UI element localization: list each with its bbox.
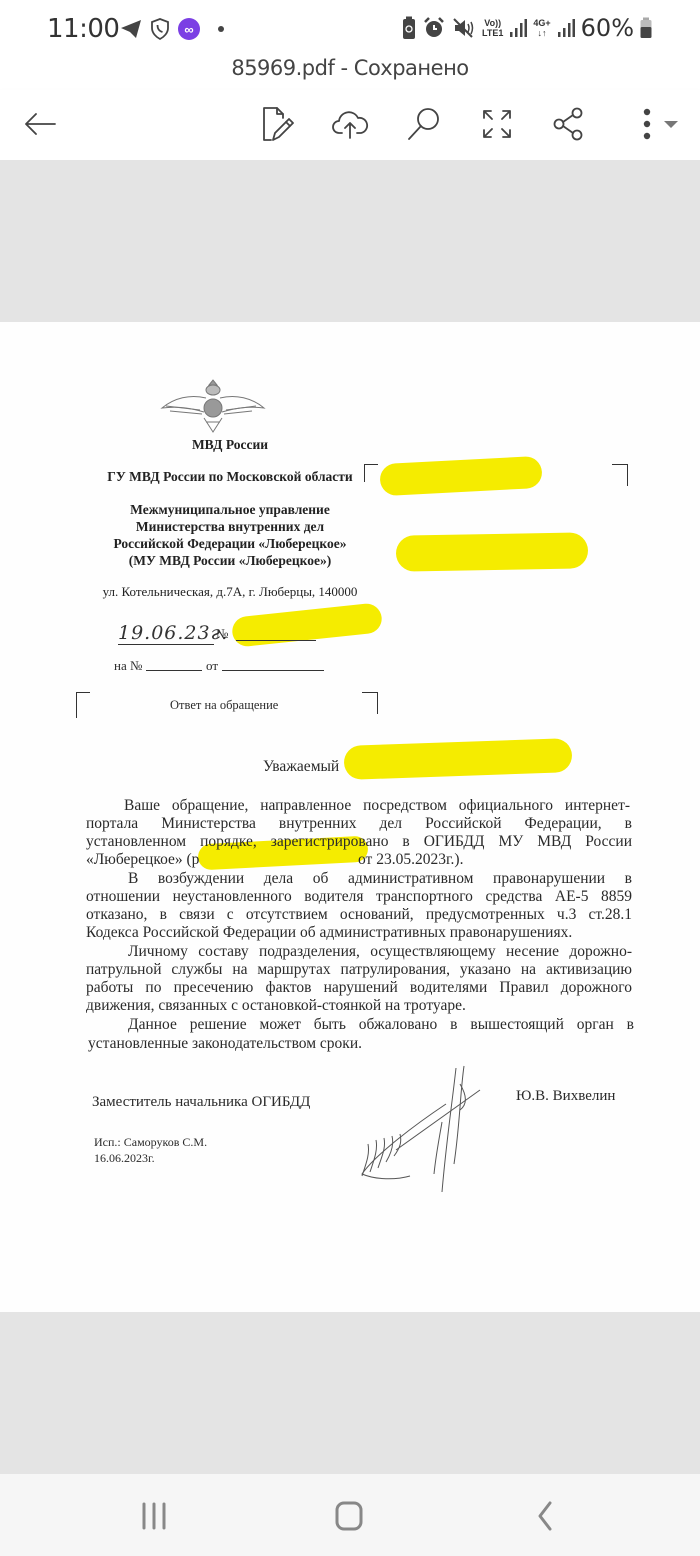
pdf-toolbar bbox=[0, 90, 700, 160]
telegram-icon bbox=[120, 19, 142, 39]
subject: Ответ на обращение bbox=[170, 698, 278, 713]
redaction-addressee-1 bbox=[379, 456, 542, 496]
battery-saver-icon bbox=[402, 16, 416, 40]
back-button[interactable] bbox=[18, 102, 62, 146]
document-title: 85969.pdf - Сохранено bbox=[231, 56, 468, 80]
body-line-6: отношении неустановленного водителя тран… bbox=[86, 888, 632, 906]
outgoing-date: 19.06.23г. bbox=[118, 622, 228, 644]
handwritten-signature bbox=[356, 1064, 486, 1194]
salutation: Уважаемый bbox=[263, 758, 339, 776]
recent-apps-icon bbox=[139, 1501, 169, 1531]
more-options-button[interactable] bbox=[628, 102, 684, 146]
body-line-3: установленном порядке, зарегистрировано … bbox=[86, 833, 632, 851]
body-line-13: Данное решение может быть обжаловано в в… bbox=[128, 1016, 634, 1034]
redaction-addressee-2 bbox=[396, 532, 589, 571]
mvd-emblem-icon bbox=[160, 378, 266, 434]
date-underline bbox=[118, 644, 214, 645]
fullscreen-icon bbox=[481, 108, 513, 140]
addressee-bracket-right bbox=[612, 464, 628, 486]
department-line-1: Межмуниципальное управление bbox=[40, 501, 420, 518]
body-line-12: движения, связанных с остановкой-стоянко… bbox=[86, 997, 466, 1015]
department-line-3: Российской Федерации «Люберецкое» bbox=[40, 535, 420, 552]
system-back-button[interactable] bbox=[520, 1496, 570, 1536]
executor-block: Исп.: Саморуков С.М. 16.06.2023г. bbox=[94, 1134, 207, 1166]
battery-icon bbox=[640, 17, 652, 39]
home-button[interactable] bbox=[324, 1496, 374, 1536]
status-bar: 11:00 ∞ Vo))LTE1 4G+↓↑ 60% bbox=[0, 0, 700, 56]
mute-icon bbox=[452, 16, 476, 40]
signal-bars-1-icon bbox=[509, 18, 527, 38]
clock: 11:00 bbox=[47, 14, 119, 44]
gu-line: ГУ МВД России по Московской области bbox=[50, 468, 410, 485]
body-line-9: Личному составу подразделения, осуществл… bbox=[128, 943, 632, 961]
more-vertical-icon bbox=[631, 107, 681, 141]
4g-signal-icon: 4G+↓↑ bbox=[533, 18, 550, 38]
edit-document-button[interactable] bbox=[256, 102, 300, 146]
battery-percent: 60% bbox=[581, 14, 634, 42]
notification-dot bbox=[218, 26, 224, 32]
executor-name: Исп.: Саморуков С.М. bbox=[94, 1134, 207, 1150]
signatory-title: Заместитель начальника ОГИБДД bbox=[92, 1094, 310, 1111]
upload-cloud-button[interactable] bbox=[328, 102, 372, 146]
pdf-page[interactable]: МВД России ГУ МВД России по Московской о… bbox=[0, 322, 700, 1312]
body-line-14: установленные законодательством сроки. bbox=[88, 1035, 362, 1053]
recent-apps-button[interactable] bbox=[129, 1496, 179, 1536]
pdf-viewer[interactable]: МВД России ГУ МВД России по Московской о… bbox=[0, 160, 700, 1474]
addressee-bracket-left bbox=[364, 464, 378, 482]
department-line-2: Министерства внутренних дел bbox=[40, 518, 420, 535]
ministry-short-name: МВД России bbox=[60, 436, 400, 453]
from-underline bbox=[222, 670, 324, 671]
document-title-bar: 85969.pdf - Сохранено bbox=[0, 56, 700, 90]
body-line-4a: «Люберецкое» (р bbox=[86, 851, 199, 869]
system-back-icon bbox=[530, 1501, 560, 1531]
executor-date: 16.06.2023г. bbox=[94, 1150, 207, 1166]
number-underline bbox=[236, 640, 316, 641]
shield-phone-icon bbox=[150, 18, 170, 40]
signatory-name: Ю.В. Вихвелин bbox=[516, 1088, 615, 1105]
system-nav-bar bbox=[0, 1474, 700, 1556]
redaction-salutation-name bbox=[343, 738, 572, 780]
share-button[interactable] bbox=[547, 102, 591, 146]
department-line-4: (МУ МВД России «Люберецкое») bbox=[40, 552, 420, 569]
alarm-icon bbox=[422, 16, 446, 40]
body-line-10: патрульной службы на маршрутах патрулиро… bbox=[86, 961, 632, 979]
body-line-2: портала Министерства внутренних дел Росс… bbox=[86, 815, 632, 833]
search-icon bbox=[406, 106, 442, 142]
subject-bracket-right bbox=[362, 692, 378, 714]
edit-document-icon bbox=[261, 106, 295, 142]
from-label: от bbox=[206, 658, 218, 674]
fullscreen-button[interactable] bbox=[475, 102, 519, 146]
body-line-5: В возбуждении дела об административном п… bbox=[128, 870, 632, 888]
search-button[interactable] bbox=[402, 102, 446, 146]
share-icon bbox=[552, 107, 586, 141]
body-line-11: работы по пресечению фактов нарушений во… bbox=[86, 979, 632, 997]
in-reply-label: на № bbox=[114, 658, 142, 674]
signal-bars-2-icon bbox=[557, 18, 575, 38]
cloud-upload-icon bbox=[331, 108, 369, 140]
in-reply-underline bbox=[146, 670, 202, 671]
body-line-1: Ваше обращение, направленное посредством… bbox=[124, 797, 630, 815]
body-line-7: отказано, в связи с отсутствием основани… bbox=[86, 906, 632, 924]
back-arrow-icon bbox=[23, 112, 57, 136]
address: ул. Котельническая, д.7А, г. Люберцы, 14… bbox=[40, 583, 420, 600]
body-line-4b: от 23.05.2023г.). bbox=[358, 851, 463, 869]
app-badge-icon: ∞ bbox=[178, 18, 200, 40]
subject-bracket-left bbox=[76, 692, 90, 718]
body-line-8: Кодекса Российской Федерации об админист… bbox=[86, 924, 572, 942]
volte-signal-icon: Vo))LTE1 bbox=[482, 18, 503, 38]
number-label: № bbox=[216, 626, 228, 642]
home-icon bbox=[334, 1501, 364, 1531]
